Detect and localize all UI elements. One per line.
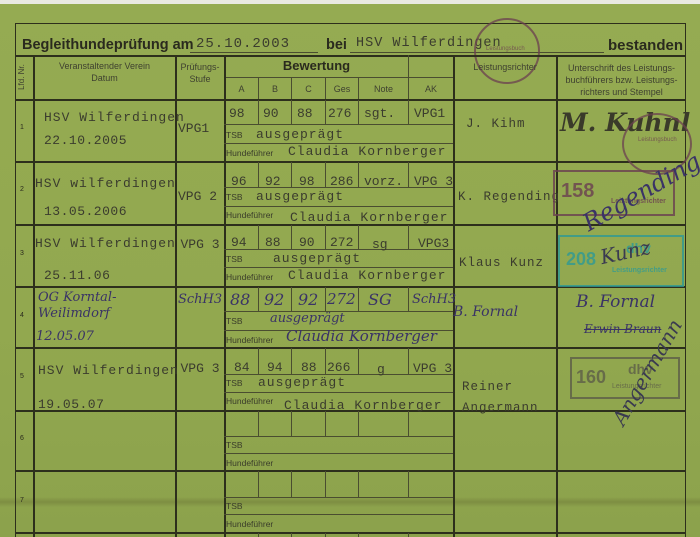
col-lfd-nr: Lfd. Nr. — [16, 60, 33, 94]
grid-line — [291, 162, 292, 187]
grid-line — [224, 497, 453, 498]
grid-line — [258, 287, 259, 311]
grid-line — [325, 287, 326, 311]
score-b: 92 — [264, 290, 284, 309]
score-a: 94 — [231, 235, 247, 250]
tsb-value: ausgeprägt — [256, 127, 344, 142]
judge-name: J. Kihm — [466, 117, 526, 131]
grid-line — [325, 411, 326, 436]
handler-label: Hundeführer — [226, 210, 273, 220]
col-unterschrift-3: richters und Stempel — [557, 86, 686, 98]
grid-line — [258, 533, 259, 537]
tsb-label: TSB — [226, 192, 243, 202]
grid-line — [358, 533, 359, 537]
handler-label: Hundeführer — [226, 272, 273, 282]
col-stufe: Prüfungs- — [176, 61, 224, 73]
score-note: sgt. — [364, 106, 395, 121]
col-ak: AK — [409, 83, 453, 95]
stamp-number: 160 — [576, 367, 606, 388]
grid-line — [15, 99, 686, 101]
score-c: 92 — [298, 290, 318, 309]
score-b: 94 — [267, 360, 283, 375]
row-number: 5 — [20, 373, 24, 380]
row-datum: 22.10.2005 — [44, 133, 127, 148]
handler-value: Claudia Kornberger — [288, 268, 446, 283]
score-a: 96 — [231, 174, 247, 189]
col-unterschrift-2: buchführers bzw. Leistungs- — [557, 74, 686, 86]
row-stufe: VPG 2 — [178, 189, 217, 204]
judge-name: B. Fornal — [453, 304, 518, 320]
score-b: 92 — [265, 174, 281, 189]
score-a: 88 — [230, 290, 250, 309]
score-c: 88 — [297, 106, 313, 121]
judge-signature: B. Fornal — [576, 292, 655, 312]
row-number: 3 — [20, 250, 24, 257]
handler-label: Hundeführer — [226, 335, 273, 345]
grid-line — [258, 411, 259, 436]
grid-line — [258, 225, 259, 249]
col-richter: Leistungsrichter — [454, 61, 556, 73]
grid-line — [408, 100, 409, 124]
score-b: 88 — [265, 235, 281, 250]
grid-line — [15, 55, 686, 57]
grid-line — [175, 55, 177, 537]
score-note: g — [377, 362, 385, 377]
tsb-label: TSB — [226, 254, 243, 264]
grid-line — [224, 436, 453, 437]
score-total: 272 — [327, 290, 356, 308]
score-ak: SchH3 — [412, 292, 456, 307]
row-datum: 19.05.07 — [38, 397, 104, 412]
score-ak: VPG3 — [418, 236, 449, 251]
grid-line — [224, 206, 453, 207]
stamp-text: Leistungsrichter — [612, 267, 667, 274]
grid-line — [325, 348, 326, 374]
col-a: A — [225, 83, 258, 95]
col-verein: Veranstaltender Verein — [34, 60, 175, 72]
handler-label: Hundeführer — [226, 396, 273, 406]
judge-name: Klaus Kunz — [459, 256, 544, 270]
score-note: vorz. — [364, 174, 403, 189]
judge-signature-2: Erwin Braun — [584, 322, 661, 336]
col-bewertung: Bewertung — [225, 58, 408, 73]
stamp-text: Leistungsbuch — [638, 137, 677, 143]
handler-value: Claudia Kornberger — [290, 210, 448, 225]
grid-line — [291, 533, 292, 537]
handler-label: Hundeführer — [226, 148, 273, 158]
row-stufe: SchH3 — [178, 292, 222, 307]
tsb-label: TSB — [226, 440, 243, 450]
row-datum: 12.05.07 — [36, 329, 94, 344]
grid-line — [224, 453, 453, 454]
grid-line — [325, 225, 326, 249]
grid-line — [408, 162, 409, 187]
score-c: 90 — [299, 235, 315, 250]
grid-line — [258, 471, 259, 497]
row-datum: 25.11.06 — [44, 268, 110, 283]
result-label: bestanden — [608, 37, 683, 54]
bei-label: bei — [326, 37, 347, 53]
score-b: 90 — [263, 106, 279, 121]
grid-line — [291, 348, 292, 374]
grid-line — [408, 225, 409, 249]
handler-label: Hundeführer — [226, 458, 273, 468]
grid-line — [15, 347, 686, 349]
row-number: 4 — [20, 312, 24, 319]
row-number: 2 — [20, 186, 24, 193]
handler-value: Claudia Kornberger — [286, 327, 437, 345]
score-total: 276 — [328, 106, 351, 121]
handler-value: Claudia Kornberger — [288, 144, 446, 159]
grid-line — [291, 100, 292, 124]
grid-line — [325, 471, 326, 497]
judge-name: K. Regending — [458, 190, 560, 204]
exam-date: 25.10.2003 — [196, 36, 290, 52]
row-number: 1 — [20, 124, 24, 131]
grid-line — [325, 533, 326, 537]
date-underline — [190, 52, 318, 53]
handler-value: Claudia Kornberger — [284, 398, 442, 413]
grid-line — [258, 348, 259, 374]
score-total: 266 — [327, 360, 350, 375]
row-verein: HSV Wilferdingen — [44, 110, 185, 125]
grid-line — [358, 225, 359, 249]
tsb-label: TSB — [226, 378, 243, 388]
score-note: sg — [372, 237, 388, 252]
score-a: 98 — [229, 106, 245, 121]
score-total: 272 — [330, 235, 353, 250]
grid-line — [358, 411, 359, 436]
col-note: Note — [359, 83, 408, 95]
row-stufe: VPG 3 — [180, 361, 220, 377]
grid-line — [224, 124, 453, 125]
grid-line — [556, 55, 558, 537]
stamp-text: Leistungsbuch — [486, 46, 525, 52]
grid-line — [358, 100, 359, 124]
judge-name: Reiner Angermann — [462, 377, 542, 419]
col-datum: Datum — [34, 72, 175, 84]
tsb-label: TSB — [226, 501, 243, 511]
tsb-value: ausgeprägt — [270, 311, 345, 326]
score-ak: VPG 3 — [414, 174, 453, 189]
col-ges: Ges — [326, 83, 358, 95]
score-note: SG — [368, 290, 392, 309]
handler-label: Hundeführer — [226, 519, 273, 529]
grid-line — [358, 471, 359, 497]
tsb-value: ausgeprägt — [258, 375, 346, 390]
grid-line — [325, 162, 326, 187]
col-b: B — [259, 83, 291, 95]
grid-line — [408, 348, 409, 374]
row-verein: HSV wilferdingen — [35, 176, 176, 191]
tsb-label: TSB — [226, 316, 243, 326]
grid-line — [291, 471, 292, 497]
score-c: 98 — [299, 174, 315, 189]
form-title: Begleithundeprüfung am — [22, 37, 194, 53]
tsb-label: TSB — [226, 130, 243, 140]
row-number: 7 — [20, 497, 24, 504]
row-verein: HSV Wilferdingen — [35, 236, 176, 251]
row-datum: 13.05.2006 — [44, 204, 127, 219]
col-stufe-2: Stufe — [176, 73, 224, 85]
grid-line — [408, 411, 409, 436]
tsb-value: ausgeprägt — [273, 251, 361, 266]
grid-line — [408, 471, 409, 497]
grid-line — [15, 532, 686, 534]
grid-line — [358, 287, 359, 311]
grid-line — [224, 514, 453, 515]
row-number: 6 — [20, 435, 24, 442]
score-ak: VPG 3 — [413, 361, 452, 376]
stamp-number: 208 — [566, 249, 596, 270]
score-c: 88 — [301, 360, 317, 375]
grid-line — [258, 100, 259, 124]
grid-line — [325, 100, 326, 124]
grid-line — [358, 162, 359, 187]
grid-line — [258, 162, 259, 187]
score-ak: VPG1 — [414, 106, 445, 121]
club-stamp-header: Leistungsbuch — [474, 18, 540, 84]
row-stufe: VPG 3 — [180, 236, 220, 254]
grid-line — [291, 225, 292, 249]
grid-line — [408, 287, 409, 311]
col-c: C — [292, 83, 325, 95]
grid-line — [224, 392, 453, 393]
stamp-number: 158 — [561, 180, 594, 203]
tsb-value: ausgeprägt — [256, 189, 344, 204]
col-unterschrift: Unterschrift des Leistungs- — [557, 62, 686, 74]
grid-line — [408, 533, 409, 537]
score-total: 286 — [330, 174, 353, 189]
grid-line — [15, 470, 686, 472]
grid-line — [291, 411, 292, 436]
row-verein: HSV Wilferdingen — [38, 363, 179, 378]
score-a: 84 — [234, 360, 250, 375]
grid-line — [33, 55, 35, 537]
row-verein: OG Korntal-Weilimdorf — [38, 290, 158, 322]
row-stufe: VPG1 — [178, 121, 209, 136]
grid-line — [15, 161, 686, 163]
grid-line — [358, 348, 359, 374]
grid-line — [291, 287, 292, 311]
